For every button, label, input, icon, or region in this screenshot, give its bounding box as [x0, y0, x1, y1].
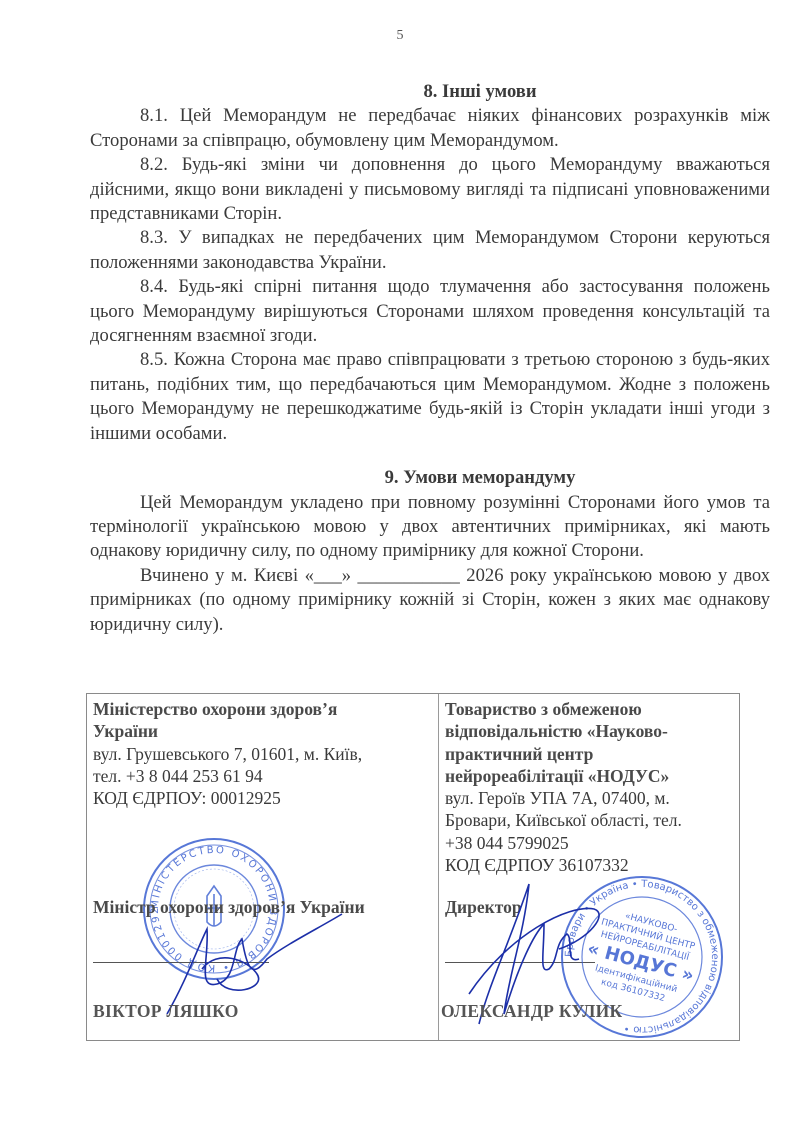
party-right-signatory-title: Директор: [445, 896, 522, 918]
svg-text:НЕЙРОРЕАБІЛІТАЦІЇ: НЕЙРОРЕАБІЛІТАЦІЇ: [600, 928, 692, 963]
svg-text:« НОДУС »: « НОДУС »: [585, 938, 696, 987]
party-left-signature-line: [93, 962, 269, 963]
party-right-signatory-name: ОЛЕКСАНДР КУЛИК: [441, 1000, 623, 1022]
party-right-address-1: вул. Героїв УПА 7А, 07400, м.: [445, 787, 733, 809]
party-left-name-1: Міністерство охорони здоров’я: [93, 698, 432, 720]
party-right-phone: +38 044 5799025: [445, 832, 733, 854]
party-right-name-3: практичний центр: [445, 743, 733, 765]
party-right-code: КОД ЄДРПОУ 36107332: [445, 854, 733, 876]
section-8-heading: 8. Інші умови: [90, 80, 770, 104]
svg-text:«НАУКОВО-: «НАУКОВО-: [624, 911, 679, 935]
svg-text:ПРАКТИЧНИЙ ЦЕНТР: ПРАКТИЧНИЙ ЦЕНТР: [600, 916, 697, 953]
paragraph-8-4: 8.4. Будь-які спірні питання щодо тлумач…: [90, 275, 770, 348]
party-left-signatory-title: Міністр охорони здоров’я України: [93, 896, 365, 918]
paragraph-8-2: 8.2. Будь-які зміни чи доповнення до цьо…: [90, 153, 770, 226]
paragraph-9-1: Цей Меморандум укладено при повному розу…: [90, 491, 770, 564]
party-left-phone: тел. +3 8 044 253 61 94: [93, 765, 432, 787]
party-right-name-4: нейрореабілітації «НОДУС»: [445, 765, 733, 787]
signature-table: Міністерство охорони здоров’я України ву…: [86, 693, 740, 1041]
party-left-signatory-name: ВІКТОР ЛЯШКО: [93, 1000, 239, 1022]
paragraph-8-3: 8.3. У випадках не передбачених цим Мемо…: [90, 226, 770, 275]
party-right-signature-line: [445, 962, 595, 963]
party-right-address-2: Бровари, Київської області, тел.: [445, 809, 733, 831]
document-body: 8. Інші умови 8.1. Цей Меморандум не пер…: [90, 80, 770, 637]
paragraph-8-5: 8.5. Кожна Сторона має право співпрацюва…: [90, 348, 770, 446]
party-left-cell: Міністерство охорони здоров’я України ву…: [87, 694, 439, 1040]
party-left-address: вул. Грушевського 7, 01601, м. Київ,: [93, 743, 432, 765]
party-right-name-2: відповідальністю «Науково-: [445, 720, 733, 742]
section-9-heading: 9. Умови меморандуму: [90, 466, 770, 490]
party-right-name-1: Товариство з обмеженою: [445, 698, 733, 720]
party-left-name-2: України: [93, 720, 432, 742]
paragraph-9-2: Вчинено у м. Києві «___» ___________ 202…: [90, 564, 770, 637]
page-number: 5: [0, 28, 800, 44]
party-right-cell: Товариство з обмеженою відповідальністю …: [439, 694, 739, 1040]
party-left-code: КОД ЄДРПОУ: 00012925: [93, 787, 432, 809]
paragraph-8-1: 8.1. Цей Меморандум не передбачає ніяких…: [90, 104, 770, 153]
svg-text:Ідентифікаційний: Ідентифікаційний: [594, 963, 678, 995]
